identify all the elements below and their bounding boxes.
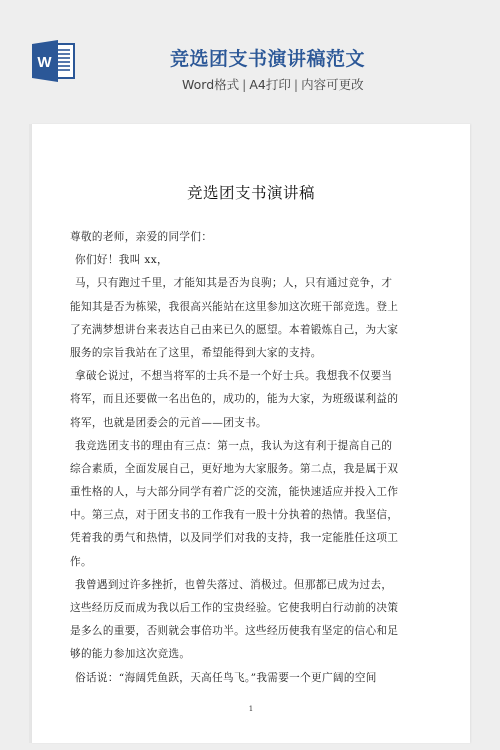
- subtitle-separator: |: [294, 77, 298, 92]
- subtitle-format: Word格式: [182, 77, 239, 92]
- salutation-line: 尊敬的老师，亲爱的同学们：: [70, 226, 442, 249]
- header-title: 竞选团支书演讲稿范文: [170, 44, 380, 71]
- word-icon-letter: W: [37, 54, 52, 71]
- paragraph-line: 我曾遇到过许多挫折，也曾失落过、消极过。但那都已成为过去，: [70, 574, 442, 597]
- word-document-icon: W: [32, 40, 76, 82]
- paragraph-line: 这些经历反而成为我以后工作的宝贵经验。它使我明白行动前的决策: [70, 597, 442, 620]
- page-number: 1: [32, 705, 470, 713]
- paragraph-line: 了充满梦想讲台来表达自己由来已久的愿望。本着锻炼自己，为大家: [70, 319, 442, 342]
- paragraph-line: 服务的宗旨我站在了这里，希望能得到大家的支持。: [70, 342, 442, 365]
- paragraph-line: 作。: [70, 551, 442, 574]
- paragraph-line: 将军，也就是团委会的元首——团支书。: [70, 412, 442, 435]
- paragraph-line: 我竞选团支书的理由有三点：第一点，我认为这有利于提高自己的: [70, 435, 442, 458]
- document-title: 竞选团支书演讲稿: [32, 181, 470, 203]
- paragraph-line: 你们好！我叫 xx，: [70, 249, 442, 272]
- header-subtitle: Word格式|A4打印|内容可更改: [182, 75, 364, 93]
- paragraph-line: 中。第三点，对于团支书的工作我有一股十分执着的热情。我坚信，: [70, 504, 442, 527]
- paragraph-line: 重性格的人，与大部分同学有着广泛的交流，能快速适应并投入工作: [70, 481, 442, 504]
- paragraph-line: 够的能力参加这次竞选。: [70, 643, 442, 666]
- paragraph-line: 马，只有跑过千里，才能知其是否为良驹；人，只有通过竞争，才: [70, 272, 442, 295]
- paragraph-line: 拿破仑说过，不想当将军的士兵不是一个好士兵。我想我不仅要当: [70, 365, 442, 388]
- paragraph-line: 是多么的重要，否则就会事倍功半。这些经历使我有坚定的信心和足: [70, 620, 442, 643]
- subtitle-print: A4打印: [249, 77, 291, 92]
- subtitle-separator: |: [242, 77, 246, 92]
- paragraph-line: 综合素质，全面发展自己，更好地为大家服务。第二点，我是属于双: [70, 458, 442, 481]
- paragraph-line: 将军，而且还要做一名出色的，成功的，能为大家，为班级谋利益的: [70, 388, 442, 411]
- document-body: 尊敬的老师，亲爱的同学们： 你们好！我叫 xx， 马，只有跑过千里，才能知其是否…: [70, 226, 442, 690]
- paragraph-line: 凭着我的勇气和热情，以及同学们对我的支持，我一定能胜任这项工: [70, 527, 442, 550]
- subtitle-editable: 内容可更改: [301, 77, 364, 92]
- paragraph-line: 俗话说：“海阔凭鱼跃，天高任鸟飞。”我需要一个更广阔的空间: [70, 667, 442, 690]
- header: W 竞选团支书演讲稿范文 Word格式|A4打印|内容可更改: [0, 0, 500, 110]
- paragraph-line: 能知其是否为栋梁，我很高兴能站在这里参加这次班干部竞选。登上: [70, 296, 442, 319]
- document-page: 竞选团支书演讲稿 尊敬的老师，亲爱的同学们： 你们好！我叫 xx， 马，只有跑过…: [31, 124, 470, 743]
